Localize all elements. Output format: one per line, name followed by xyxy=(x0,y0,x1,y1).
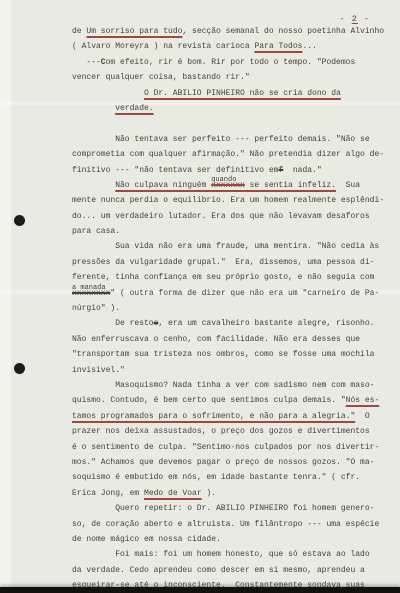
typed-line: De restos, era um cavalheiro bastante al… xyxy=(72,316,394,331)
typed-line: Sua vida não era uma fraude, uma mentira… xyxy=(72,239,394,254)
text-segment: , era um cavalheiro bastante alegre, ris… xyxy=(158,319,374,328)
text-segment: mos." Achamos que devemos pagar o preço … xyxy=(72,458,374,467)
text-block: de Um sorriso para tudo, secção semanal … xyxy=(72,24,394,593)
text-segment: finitivo --- "não tentava ser definitivo… xyxy=(72,166,278,175)
heading-line: verdade. xyxy=(72,101,394,116)
typed-line: para casa. xyxy=(72,224,394,239)
text-segment: om efeito, rir é bom. Rir por todo o tem… xyxy=(106,58,356,67)
text-segment: para casa. xyxy=(72,227,120,236)
text-segment: --- xyxy=(86,58,100,67)
scan-edge-bottom xyxy=(0,587,400,593)
typed-line: invisivel." xyxy=(72,363,394,378)
typed-line: vencer qualquer coisa, bastando rir." xyxy=(72,70,394,85)
text-segment: núrgio" ). xyxy=(72,304,120,313)
typed-line: "transportam sua tristeza nos ombros, co… xyxy=(72,347,394,362)
text-segment: Foi mais: foi um homem honesto, que só e… xyxy=(115,550,369,559)
text-segment: Não tentava ser perfeito --- perfeito de… xyxy=(115,135,369,144)
text-segment: do... um verdadeiro lutador. Era dos que… xyxy=(72,212,370,221)
page-number: - 2 - xyxy=(339,14,370,24)
text-segment: ferente, tinha confiança em seu próprio … xyxy=(72,273,374,282)
typed-line: xxxxxxxxa manada" ( outra forma de dizer… xyxy=(72,286,394,301)
text-segment: soquismo é embutido em nós, em idade bas… xyxy=(72,473,360,482)
typed-line: pressões da vulgaridade grupal." Era, di… xyxy=(72,255,394,270)
text-segment: Quero repetir: o Dr. ABILIO PINHEIRO foi… xyxy=(115,504,374,513)
text-segment: da verdade. Cedo aprendeu como descer em… xyxy=(72,566,365,575)
text-segment: mente nunca perdia o equilibrio. Era um … xyxy=(72,196,384,205)
typed-line: Quero repetir: o Dr. ABILIO PINHEIRO foi… xyxy=(72,501,394,516)
text-segment: vencer qualquer coisa, bastando rir." xyxy=(72,73,250,82)
typed-line: de nome mágico em nossa cidade. xyxy=(72,532,394,547)
typed-correction: a manada xyxy=(72,285,106,292)
text-segment: de xyxy=(72,27,86,36)
text-segment: so, de coração aberto e altruista. Um fi… xyxy=(72,520,379,529)
text-segment: Não culpava ninguém xyxy=(115,181,211,190)
typed-line: ( Alvaro Moreyra ) na revista carioca Pa… xyxy=(72,39,394,54)
text-segment: Medo de Voar xyxy=(144,489,202,498)
heading-line: O Dr. ABILIO PINHEIRO não se cria dono d… xyxy=(72,86,394,101)
text-segment: " ( outra forma de dizer que não era um … xyxy=(110,289,379,298)
typed-line: Não enferruscava o cenho, com facilidade… xyxy=(72,332,394,347)
text-segment: é o sentimento de culpa. "Sentimo-nos cu… xyxy=(72,443,379,452)
text-segment: Masoquismo? Nada tinha a ver com sadismo… xyxy=(115,381,374,390)
text-segment: quismo. Contudo, é bem certo que sentimo… xyxy=(72,396,346,405)
text-segment: ( Alvaro Moreyra ) na revista carioca xyxy=(72,42,254,51)
text-segment: , secção semanal do nosso poetinha Alvin… xyxy=(182,27,384,36)
text-segment: Um sorriso para tudo xyxy=(86,27,182,36)
typed-line: Foi mais: foi um homem honesto, que só e… xyxy=(72,547,394,562)
typed-line: da verdade. Cedo aprendeu como descer em… xyxy=(72,563,394,578)
text-segment: O xyxy=(355,412,369,421)
text-segment: ... xyxy=(302,42,316,51)
hole-punch xyxy=(14,363,25,374)
typed-line: Não tentava ser perfeito --- perfeito de… xyxy=(72,132,394,147)
text-segment: nada." xyxy=(283,166,321,175)
text-segment: Sua xyxy=(336,181,360,190)
typed-line: quismo. Contudo, é bem certo que sentimo… xyxy=(72,393,394,408)
typed-line: Masoquismo? Nada tinha a ver com sadismo… xyxy=(72,378,394,393)
text-segment: "transportam sua tristeza nos ombros, co… xyxy=(72,350,374,359)
typed-line: Erica Jong, em Medo de Voar ). xyxy=(72,486,394,501)
text-segment: prazer nos deixa assustados, o preço dos… xyxy=(72,427,370,436)
text-segment: Não enferruscava o cenho, com facilidade… xyxy=(72,335,360,344)
typed-line: mente nunca perdia o equilibrio. Era um … xyxy=(72,193,394,208)
text-segment: se sentia infeliz. xyxy=(245,181,336,190)
text-segment: Erica Jong, em xyxy=(72,489,144,498)
typed-line: é o sentimento de culpa. "Sentimo-nos cu… xyxy=(72,440,394,455)
text-segment: xxxxxxxxa manada xyxy=(72,289,110,298)
text-segment: invisivel." xyxy=(72,366,125,375)
text-segment: Sua vida não era uma fraude, uma mentira… xyxy=(115,242,379,251)
text-segment: pressões da vulgaridade grupal." Era, di… xyxy=(72,258,374,267)
hole-punch xyxy=(14,215,25,226)
typed-line: prazer nos deixa assustados, o preço dos… xyxy=(72,424,394,439)
scan-edge-left xyxy=(0,0,11,593)
text-segment: Nós es- xyxy=(346,396,380,405)
typed-line: mos." Achamos que devemos pagar o preço … xyxy=(72,455,394,470)
typed-line: do... um verdadeiro lutador. Era dos que… xyxy=(72,209,394,224)
text-segment: xxxxxxxquando xyxy=(211,181,245,190)
typed-line: Não culpava ninguém xxxxxxxquando se sen… xyxy=(72,178,394,193)
typed-correction: quando xyxy=(211,177,236,184)
text-segment: Para Todos xyxy=(254,42,302,51)
typed-line: so, de coração aberto e altruista. Um fi… xyxy=(72,517,394,532)
text-segment: verdade. xyxy=(115,104,153,113)
text-segment: comprometia com qualquer afirmação." Não… xyxy=(72,150,384,159)
page-number-prefix: - xyxy=(339,14,351,24)
text-segment: O Dr. ABILIO PINHEIRO não se cria dono d… xyxy=(144,89,341,98)
text-segment: De resto xyxy=(115,319,153,328)
typed-line: comprometia com qualquer afirmação." Não… xyxy=(72,147,394,162)
typed-line: núrgio" ). xyxy=(72,301,394,316)
typed-line: ferente, tinha confiança em seu próprio … xyxy=(72,270,394,285)
text-segment: de nome mágico em nossa cidade. xyxy=(72,535,221,544)
typed-line: de Um sorriso para tudo, secção semanal … xyxy=(72,24,394,39)
typed-line xyxy=(72,116,394,131)
text-segment: tamos programados para o sofrimento, e n… xyxy=(72,412,355,421)
typed-line: ---Com efeito, rir é bom. Rir por todo o… xyxy=(72,55,394,70)
typewritten-page: - 2 - de Um sorriso para tudo, secção se… xyxy=(0,0,400,593)
typed-line: tamos programados para o sofrimento, e n… xyxy=(72,409,394,424)
page-number-suffix: - xyxy=(358,14,370,24)
typed-line: soquismo é embutido em nós, em idade bas… xyxy=(72,470,394,485)
text-segment: ). xyxy=(202,489,216,498)
